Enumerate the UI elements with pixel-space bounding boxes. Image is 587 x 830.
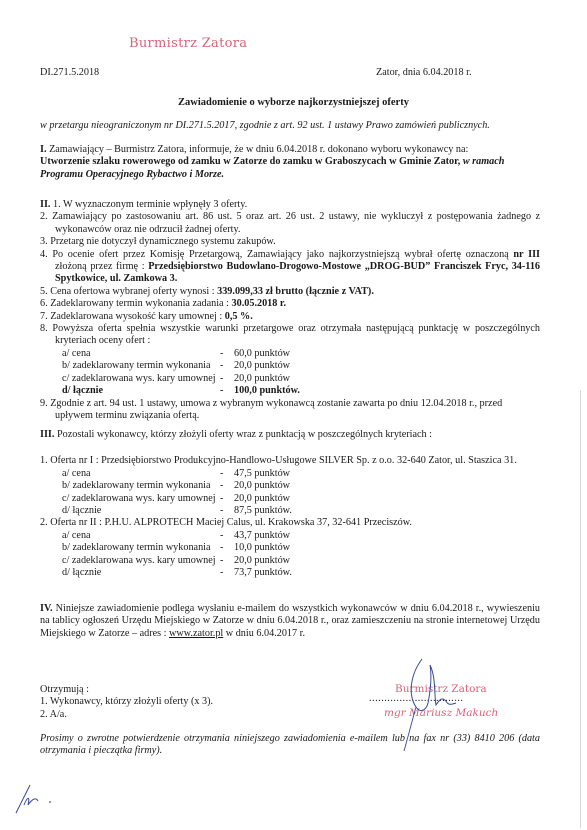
section-2-item-3: 3. Przetarg nie dotyczył dynamicznego sy… — [40, 236, 540, 248]
section-2: II. 1. W wyznaczonym terminie wpłynęły 3… — [40, 199, 540, 422]
scan-edge-line — [580, 390, 581, 828]
criterion-label: d/ łącznie — [40, 505, 220, 517]
criterion-label: b/ zadeklarowany termin wykonania — [40, 480, 220, 492]
criterion-row: d/ łącznie-87,5 punktów. — [40, 505, 540, 517]
criterion-row: a/ cena-43,7 punktów — [40, 530, 540, 542]
criterion-dash: - — [220, 567, 234, 579]
section-1-numeral: I. — [40, 144, 47, 155]
criterion-value: 20,0 punktów — [234, 555, 290, 567]
deadline-value: 30.05.2018 r. — [232, 298, 287, 309]
criterion-value: 47,5 punktów — [234, 468, 290, 480]
criterion-row: c/ zadeklarowana wys. kary umownej-20,0 … — [40, 493, 540, 505]
offer-1-criteria: a/ cena-47,5 punktówb/ zadeklarowany ter… — [40, 468, 540, 518]
item-4-offer-nr: nr III — [513, 249, 540, 260]
deadline-label: 6. Zadeklarowany termin wykonania zadani… — [40, 298, 232, 309]
criterion-label: c/ zadeklarowana wys. kary umownej — [40, 493, 220, 505]
criterion-value: 10,0 punktów — [234, 542, 290, 554]
criterion-label: a/ cena — [40, 530, 220, 542]
section-3-numeral: III. — [40, 429, 54, 440]
initials-signature — [14, 775, 64, 815]
criterion-value: 60,0 punktów — [234, 348, 290, 360]
offer-1-header: 1. Oferta nr I : Przedsiębiorstwo Produk… — [40, 455, 540, 467]
criterion-dash: - — [220, 505, 234, 517]
criterion-dash: - — [220, 542, 234, 554]
section-4: IV. Niniejsze zawiadomienie podlega wysł… — [40, 603, 540, 640]
section-1: I. Zamawiający – Burmistrz Zatora, infor… — [40, 144, 540, 181]
penalty-value: 0,5 %. — [225, 311, 253, 322]
section-3-text: Pozostali wykonawcy, którzy złożyli ofer… — [57, 429, 432, 440]
section-4-text-end: w dniu 6.04.2017 r. — [223, 628, 305, 639]
criterion-dash: - — [220, 480, 234, 492]
price-label: 5. Cena ofertowa wybranej oferty wynosi … — [40, 286, 217, 297]
section-2-item-5: 5. Cena ofertowa wybranej oferty wynosi … — [40, 286, 540, 298]
criterion-dash: - — [220, 385, 234, 397]
criterion-label: b/ zadeklarowany termin wykonania — [40, 360, 220, 372]
criterion-dash: - — [220, 373, 234, 385]
section-2-item-2: 2. Zamawiający po zastosowaniu art. 86 u… — [40, 211, 540, 236]
section-1-text: Zamawiający – Burmistrz Zatora, informuj… — [49, 144, 468, 155]
offer-2-criteria: a/ cena-43,7 punktówb/ zadeklarowany ter… — [40, 530, 540, 580]
criterion-label: b/ zadeklarowany termin wykonania — [40, 542, 220, 554]
criterion-row: c/ zadeklarowana wys. kary umownej-20,0 … — [40, 555, 540, 567]
criterion-label: c/ zadeklarowana wys. kary umownej — [40, 373, 220, 385]
criterion-value: 87,5 punktów. — [234, 505, 292, 517]
section-4-numeral: IV. — [40, 603, 53, 614]
section-2-item-7: 7. Zadeklarowana wysokość kary umownej :… — [40, 311, 540, 323]
criterion-dash: - — [220, 348, 234, 360]
criterion-value: 73,7 punktów. — [234, 567, 292, 579]
criterion-label: d/ łącznie — [40, 385, 220, 397]
criterion-label: d/ łącznie — [40, 567, 220, 579]
criterion-value: 100,0 punktów. — [234, 385, 300, 397]
criterion-row: b/ zadeklarowany termin wykonania-10,0 p… — [40, 542, 540, 554]
header-stamp: Burmistrz Zatora — [129, 38, 247, 50]
criterion-row: a/ cena-60,0 punktów — [40, 348, 540, 360]
section-2-item-4: 4. Po ocenie ofert przez Komisję Przetar… — [40, 249, 540, 286]
criterion-value: 20,0 punktów — [234, 373, 290, 385]
criterion-row: a/ cena-47,5 punktów — [40, 468, 540, 480]
document-title: Zawiadomienie o wyborze najkorzystniejsz… — [0, 97, 587, 109]
winning-criteria: a/ cena-60,0 punktówb/ zadeklarowany ter… — [40, 348, 540, 398]
section-2-item-9: 9. Zgodnie z art. 94 ust. 1 ustawy, umow… — [40, 398, 540, 423]
project-title: Utworzenie szlaku rowerowego od zamku w … — [40, 156, 460, 167]
criterion-row: d/ łącznie-73,7 punktów. — [40, 567, 540, 579]
criterion-label: c/ zadeklarowana wys. kary umownej — [40, 555, 220, 567]
criterion-row: c/ zadeklarowana wys. kary umownej-20,0 … — [40, 373, 540, 385]
criterion-row: b/ zadeklarowany termin wykonania-20,0 p… — [40, 360, 540, 372]
criterion-row: b/ zadeklarowany termin wykonania-20,0 p… — [40, 480, 540, 492]
item-4-mid: złożoną przez firmę : — [55, 261, 148, 272]
offer-2-header: 2. Oferta nr II : P.H.U. ALPROTECH Macie… — [40, 517, 540, 529]
criterion-value: 20,0 punktów — [234, 480, 290, 492]
confirmation-request: Prosimy o zwrotne potwierdzenie otrzyman… — [40, 733, 540, 758]
section-2-item-6: 6. Zadeklarowany termin wykonania zadani… — [40, 298, 540, 310]
criterion-value: 20,0 punktów — [234, 493, 290, 505]
reference-number: DI.271.5.2018 — [40, 67, 99, 79]
section-3: III. Pozostali wykonawcy, którzy złożyli… — [40, 429, 540, 579]
document-subtitle: w przetargu nieograniczonym nr DI.271.5.… — [40, 120, 490, 132]
price-value: 339.099,33 zł brutto (łącznie z VAT). — [217, 286, 374, 297]
section-2-item-8: 8. Powyższa oferta spełnia wszystkie war… — [40, 323, 540, 348]
criterion-dash: - — [220, 493, 234, 505]
criterion-dash: - — [220, 555, 234, 567]
section-2-item-1: 1. W wyznaczonym terminie wpłynęły 3 ofe… — [53, 199, 247, 210]
place-date: Zator, dnia 6.04.2018 r. — [376, 67, 472, 79]
penalty-label: 7. Zadeklarowana wysokość kary umownej : — [40, 311, 225, 322]
criterion-dash: - — [220, 530, 234, 542]
item-4-text: 4. Po ocenie ofert przez Komisję Przetar… — [40, 249, 513, 260]
section-2-numeral: II. — [40, 199, 50, 210]
criterion-label: a/ cena — [40, 348, 220, 360]
criterion-value: 43,7 punktów — [234, 530, 290, 542]
criterion-label: a/ cena — [40, 468, 220, 480]
criterion-row: d/ łącznie-100,0 punktów. — [40, 385, 540, 397]
criterion-value: 20,0 punktów — [234, 360, 290, 372]
criterion-dash: - — [220, 360, 234, 372]
criterion-dash: - — [220, 468, 234, 480]
website-link[interactable]: www.zator.pl — [169, 628, 223, 639]
